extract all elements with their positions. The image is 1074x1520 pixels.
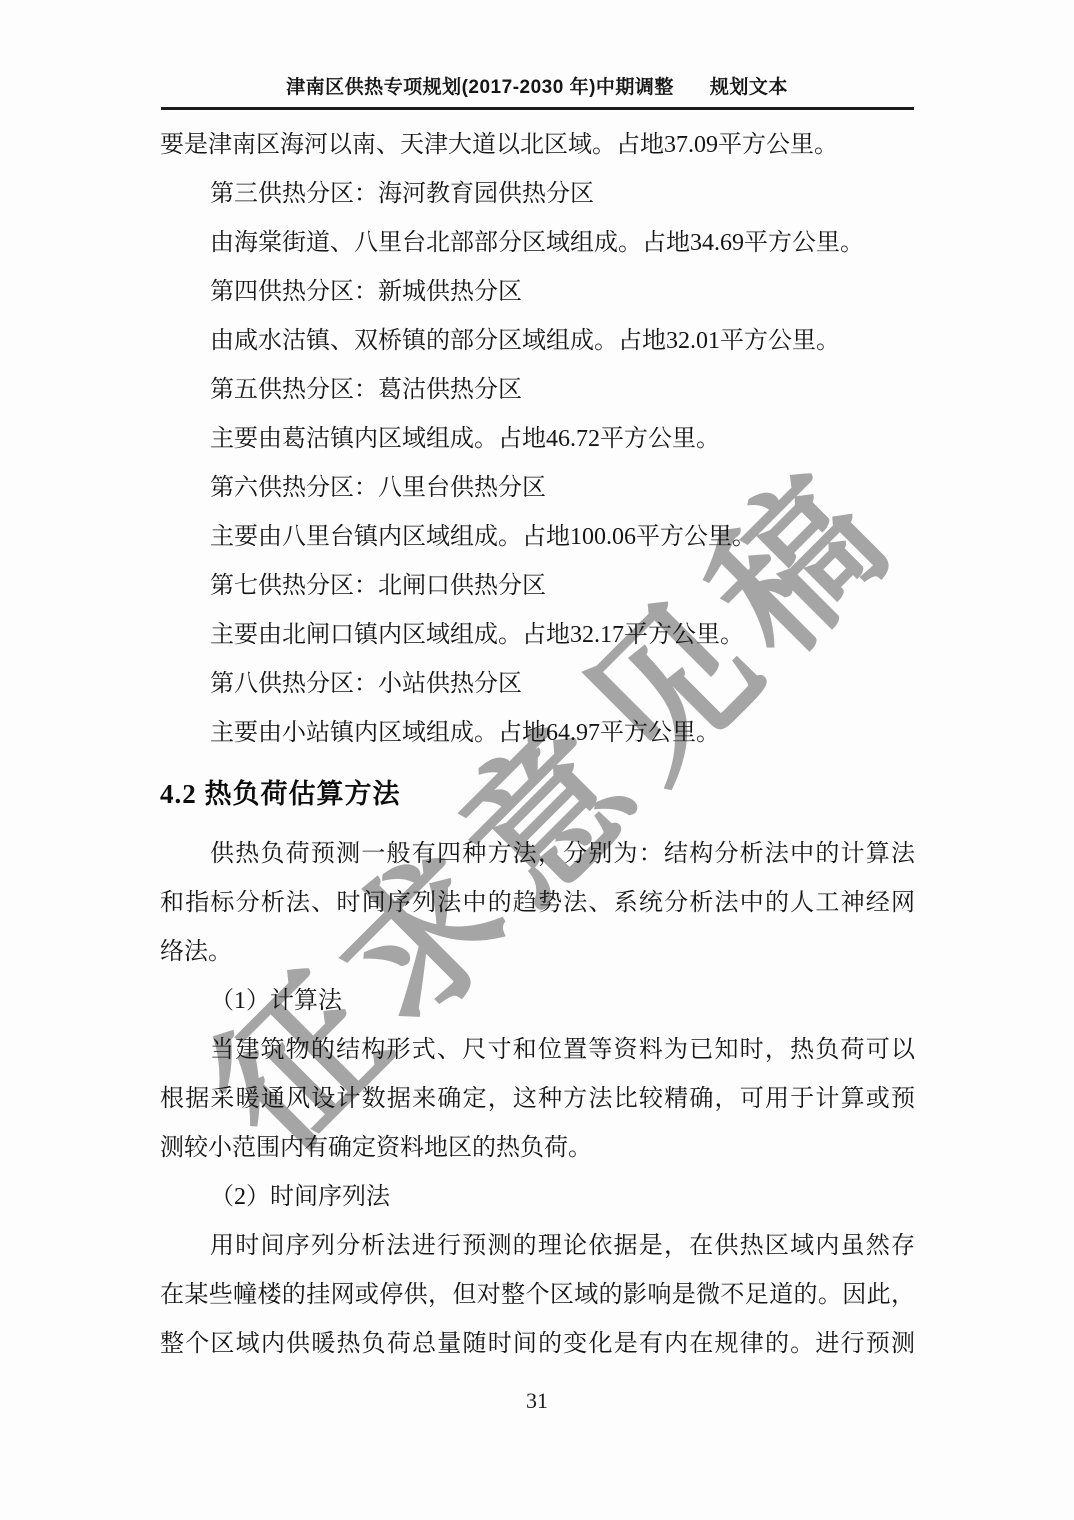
document-page: 津南区供热专项规划(2017-2030 年)中期调整 规划文本 征求意见稿 要是…	[0, 0, 1074, 1520]
text-line: 用时间序列分析法进行预测的理论依据是，在供热区域内虽然存	[160, 1222, 915, 1271]
text-line: 第四供热分区：新城供热分区	[160, 268, 915, 317]
text-line: （1）计算法	[160, 977, 915, 1026]
header-rule	[161, 107, 914, 110]
text-line: （2）时间序列法	[160, 1173, 915, 1222]
text-line: 由海棠街道、八里台北部部分区域组成。占地34.69平方公里。	[160, 219, 915, 268]
text-line: 第七供热分区：北闸口供热分区	[160, 562, 915, 611]
page-footer: 31	[0, 1388, 1074, 1414]
text-line: 第三供热分区：海河教育园供热分区	[160, 170, 915, 219]
text-line: 供热负荷预测一般有四种方法，分别为：结构分析法中的计算法	[160, 830, 915, 879]
running-head: 津南区供热专项规划(2017-2030 年)中期调整 规划文本	[0, 72, 1074, 99]
text-line: 和指标分析法、时间序列法中的趋势法、系统分析法中的人工神经网	[160, 879, 915, 928]
text-line: 整个区域内供暖热负荷总量随时间的变化是有内在规律的。进行预测	[160, 1320, 915, 1369]
text-line: 主要由葛沽镇内区域组成。占地46.72平方公里。	[160, 415, 915, 464]
section-heading: 4.2 热负荷估算方法	[160, 770, 915, 819]
text-line: 主要由北闸口镇内区域组成。占地32.17平方公里。	[160, 611, 915, 660]
text-line: 第八供热分区：小站供热分区	[160, 660, 915, 709]
text-line: 主要由八里台镇内区域组成。占地100.06平方公里。	[160, 513, 915, 562]
text-line: 要是津南区海河以南、天津大道以北区域。占地37.09平方公里。	[160, 121, 915, 170]
running-head-doc-type: 规划文本	[710, 72, 788, 99]
text-line: 由咸水沽镇、双桥镇的部分区域组成。占地32.01平方公里。	[160, 317, 915, 366]
text-line: 第五供热分区：葛沽供热分区	[160, 366, 915, 415]
page-number: 31	[0, 1388, 1074, 1414]
text-line: 当建筑物的结构形式、尺寸和位置等资料为已知时，热负荷可以	[160, 1026, 915, 1075]
text-line: 第六供热分区：八里台供热分区	[160, 464, 915, 513]
text-line: 在某些幢楼的挂网或停供，但对整个区域的影响是微不足道的。因此，	[160, 1271, 915, 1320]
text-line: 络法。	[160, 928, 915, 977]
text-line: 根据采暖通风设计数据来确定，这种方法比较精确，可用于计算或预	[160, 1075, 915, 1124]
document-body: 要是津南区海河以南、天津大道以北区域。占地37.09平方公里。第三供热分区：海河…	[160, 121, 915, 1369]
running-head-title: 津南区供热专项规划(2017-2030 年)中期调整	[286, 72, 674, 99]
text-line: 主要由小站镇内区域组成。占地64.97平方公里。	[160, 709, 915, 758]
page-header: 津南区供热专项规划(2017-2030 年)中期调整 规划文本	[0, 72, 1074, 110]
text-line: 测较小范围内有确定资料地区的热负荷。	[160, 1124, 915, 1173]
